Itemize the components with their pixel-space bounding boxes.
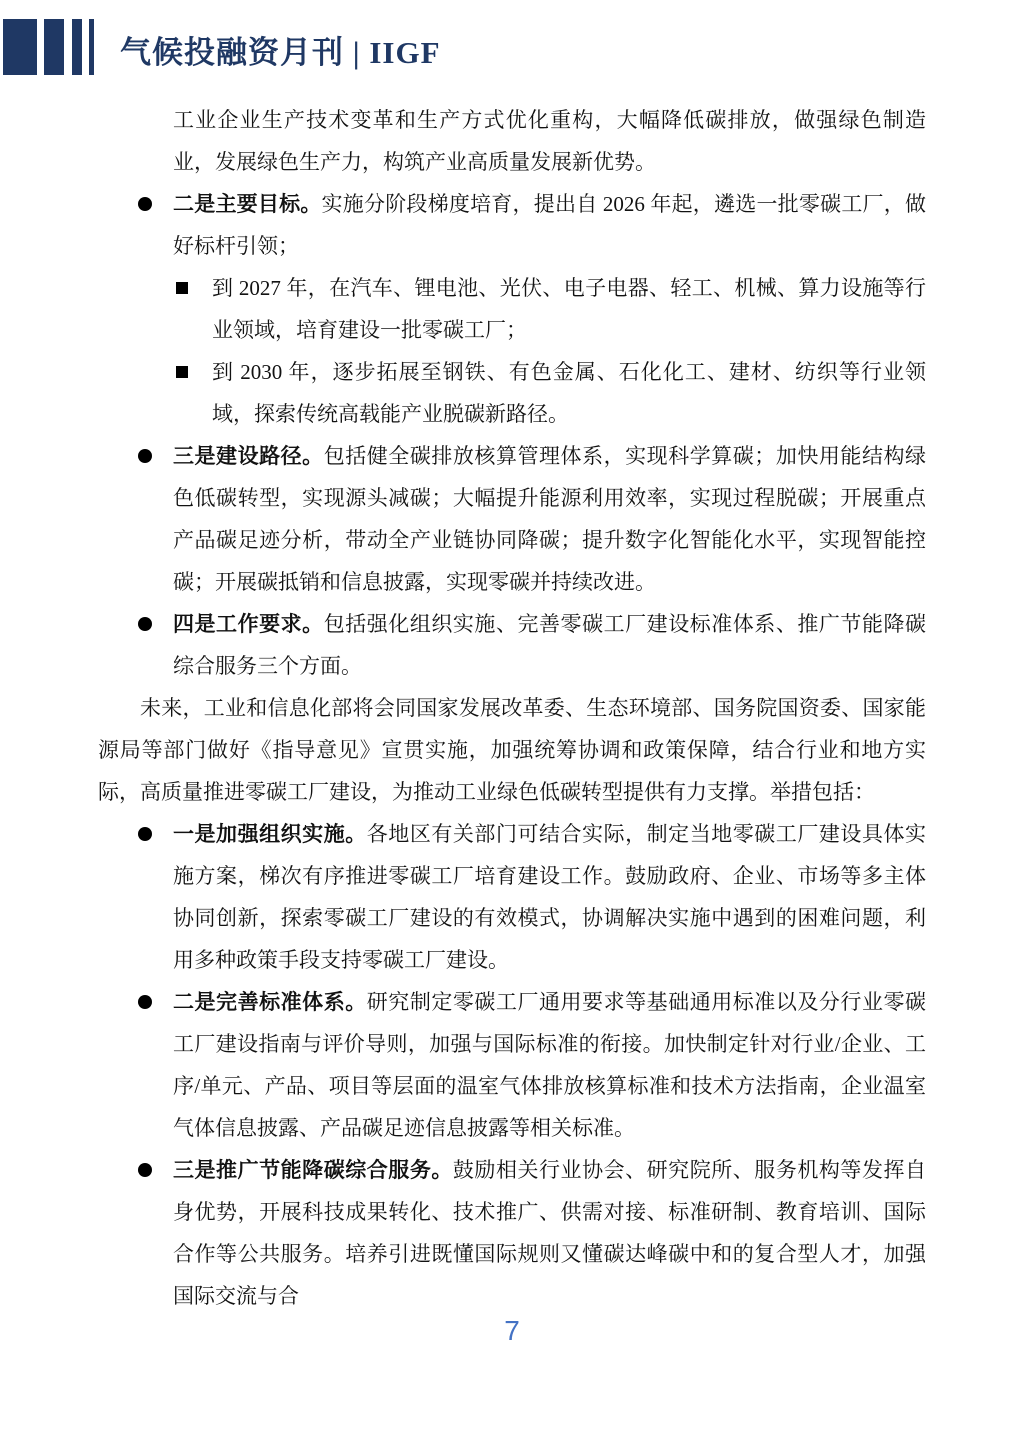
list-item: 二是完善标准体系。研究制定零碳工厂通用要求等基础通用标准以及分行业零碳工厂建设指… [98, 981, 926, 1149]
journal-title: 气候投融资月刊 | IIGF [120, 33, 441, 73]
square-bullet-icon [176, 282, 188, 294]
logo-bar [3, 19, 37, 75]
logo-bar [72, 19, 82, 75]
square-bullet-icon [176, 366, 188, 378]
list-item: 三是推广节能降碳综合服务。鼓励相关行业协会、研究院所、服务机构等发挥自身优势，开… [98, 1149, 926, 1317]
list-item: 一是加强组织实施。各地区有关部门可结合实际，制定当地零碳工厂建设具体实施方案，梯… [98, 813, 926, 981]
item-lead: 三是建设路径。 [173, 444, 324, 468]
list-item: 二是主要目标。实施分阶段梯度培育，提出自 2026 年起，遴选一批零碳工厂，做好… [98, 183, 926, 267]
document-page: 气候投融资月刊 | IIGF 工业企业生产技术变革和生产方式优化重构，大幅降低碳… [0, 0, 1024, 1447]
bullet-icon [138, 1163, 152, 1177]
list-item: 三是建设路径。包括健全碳排放核算管理体系，实现科学算碳；加快用能结构绿色低碳转型… [98, 435, 926, 603]
paragraph-continuation: 工业企业生产技术变革和生产方式优化重构，大幅降低碳排放，做强绿色制造业，发展绿色… [98, 99, 926, 183]
page-number: 7 [0, 1315, 1024, 1347]
page-body: 工业企业生产技术变革和生产方式优化重构，大幅降低碳排放，做强绿色制造业，发展绿色… [98, 99, 926, 1317]
item-lead: 二是主要目标。 [173, 192, 322, 216]
item-text: 到 2030 年，逐步拓展至钢铁、有色金属、石化化工、建材、纺织等行业领域，探索… [212, 360, 926, 426]
logo-bar [89, 19, 94, 75]
item-lead: 一是加强组织实施。 [173, 822, 367, 846]
body-paragraph: 未来，工业和信息化部将会同国家发展改革委、生态环境部、国务院国资委、国家能源局等… [98, 687, 926, 813]
bullet-icon [138, 617, 152, 631]
iigf-bars-logo-icon [3, 19, 94, 75]
item-text: 到 2027 年，在汽车、锂电池、光伏、电子电器、轻工、机械、算力设施等行业领域… [212, 276, 926, 342]
item-lead: 二是完善标准体系。 [173, 990, 367, 1014]
sub-list-item: 到 2027 年，在汽车、锂电池、光伏、电子电器、轻工、机械、算力设施等行业领域… [98, 267, 926, 351]
bullet-icon [138, 449, 152, 463]
item-lead: 三是推广节能降碳综合服务。 [173, 1158, 453, 1182]
sub-list-item: 到 2030 年，逐步拓展至钢铁、有色金属、石化化工、建材、纺织等行业领域，探索… [98, 351, 926, 435]
bullet-icon [138, 197, 152, 211]
bullet-icon [138, 995, 152, 1009]
logo-bar [44, 19, 64, 75]
bullet-icon [138, 827, 152, 841]
item-lead: 四是工作要求。 [173, 612, 324, 636]
list-item: 四是工作要求。包括强化组织实施、完善零碳工厂建设标准体系、推广节能降碳综合服务三… [98, 603, 926, 687]
